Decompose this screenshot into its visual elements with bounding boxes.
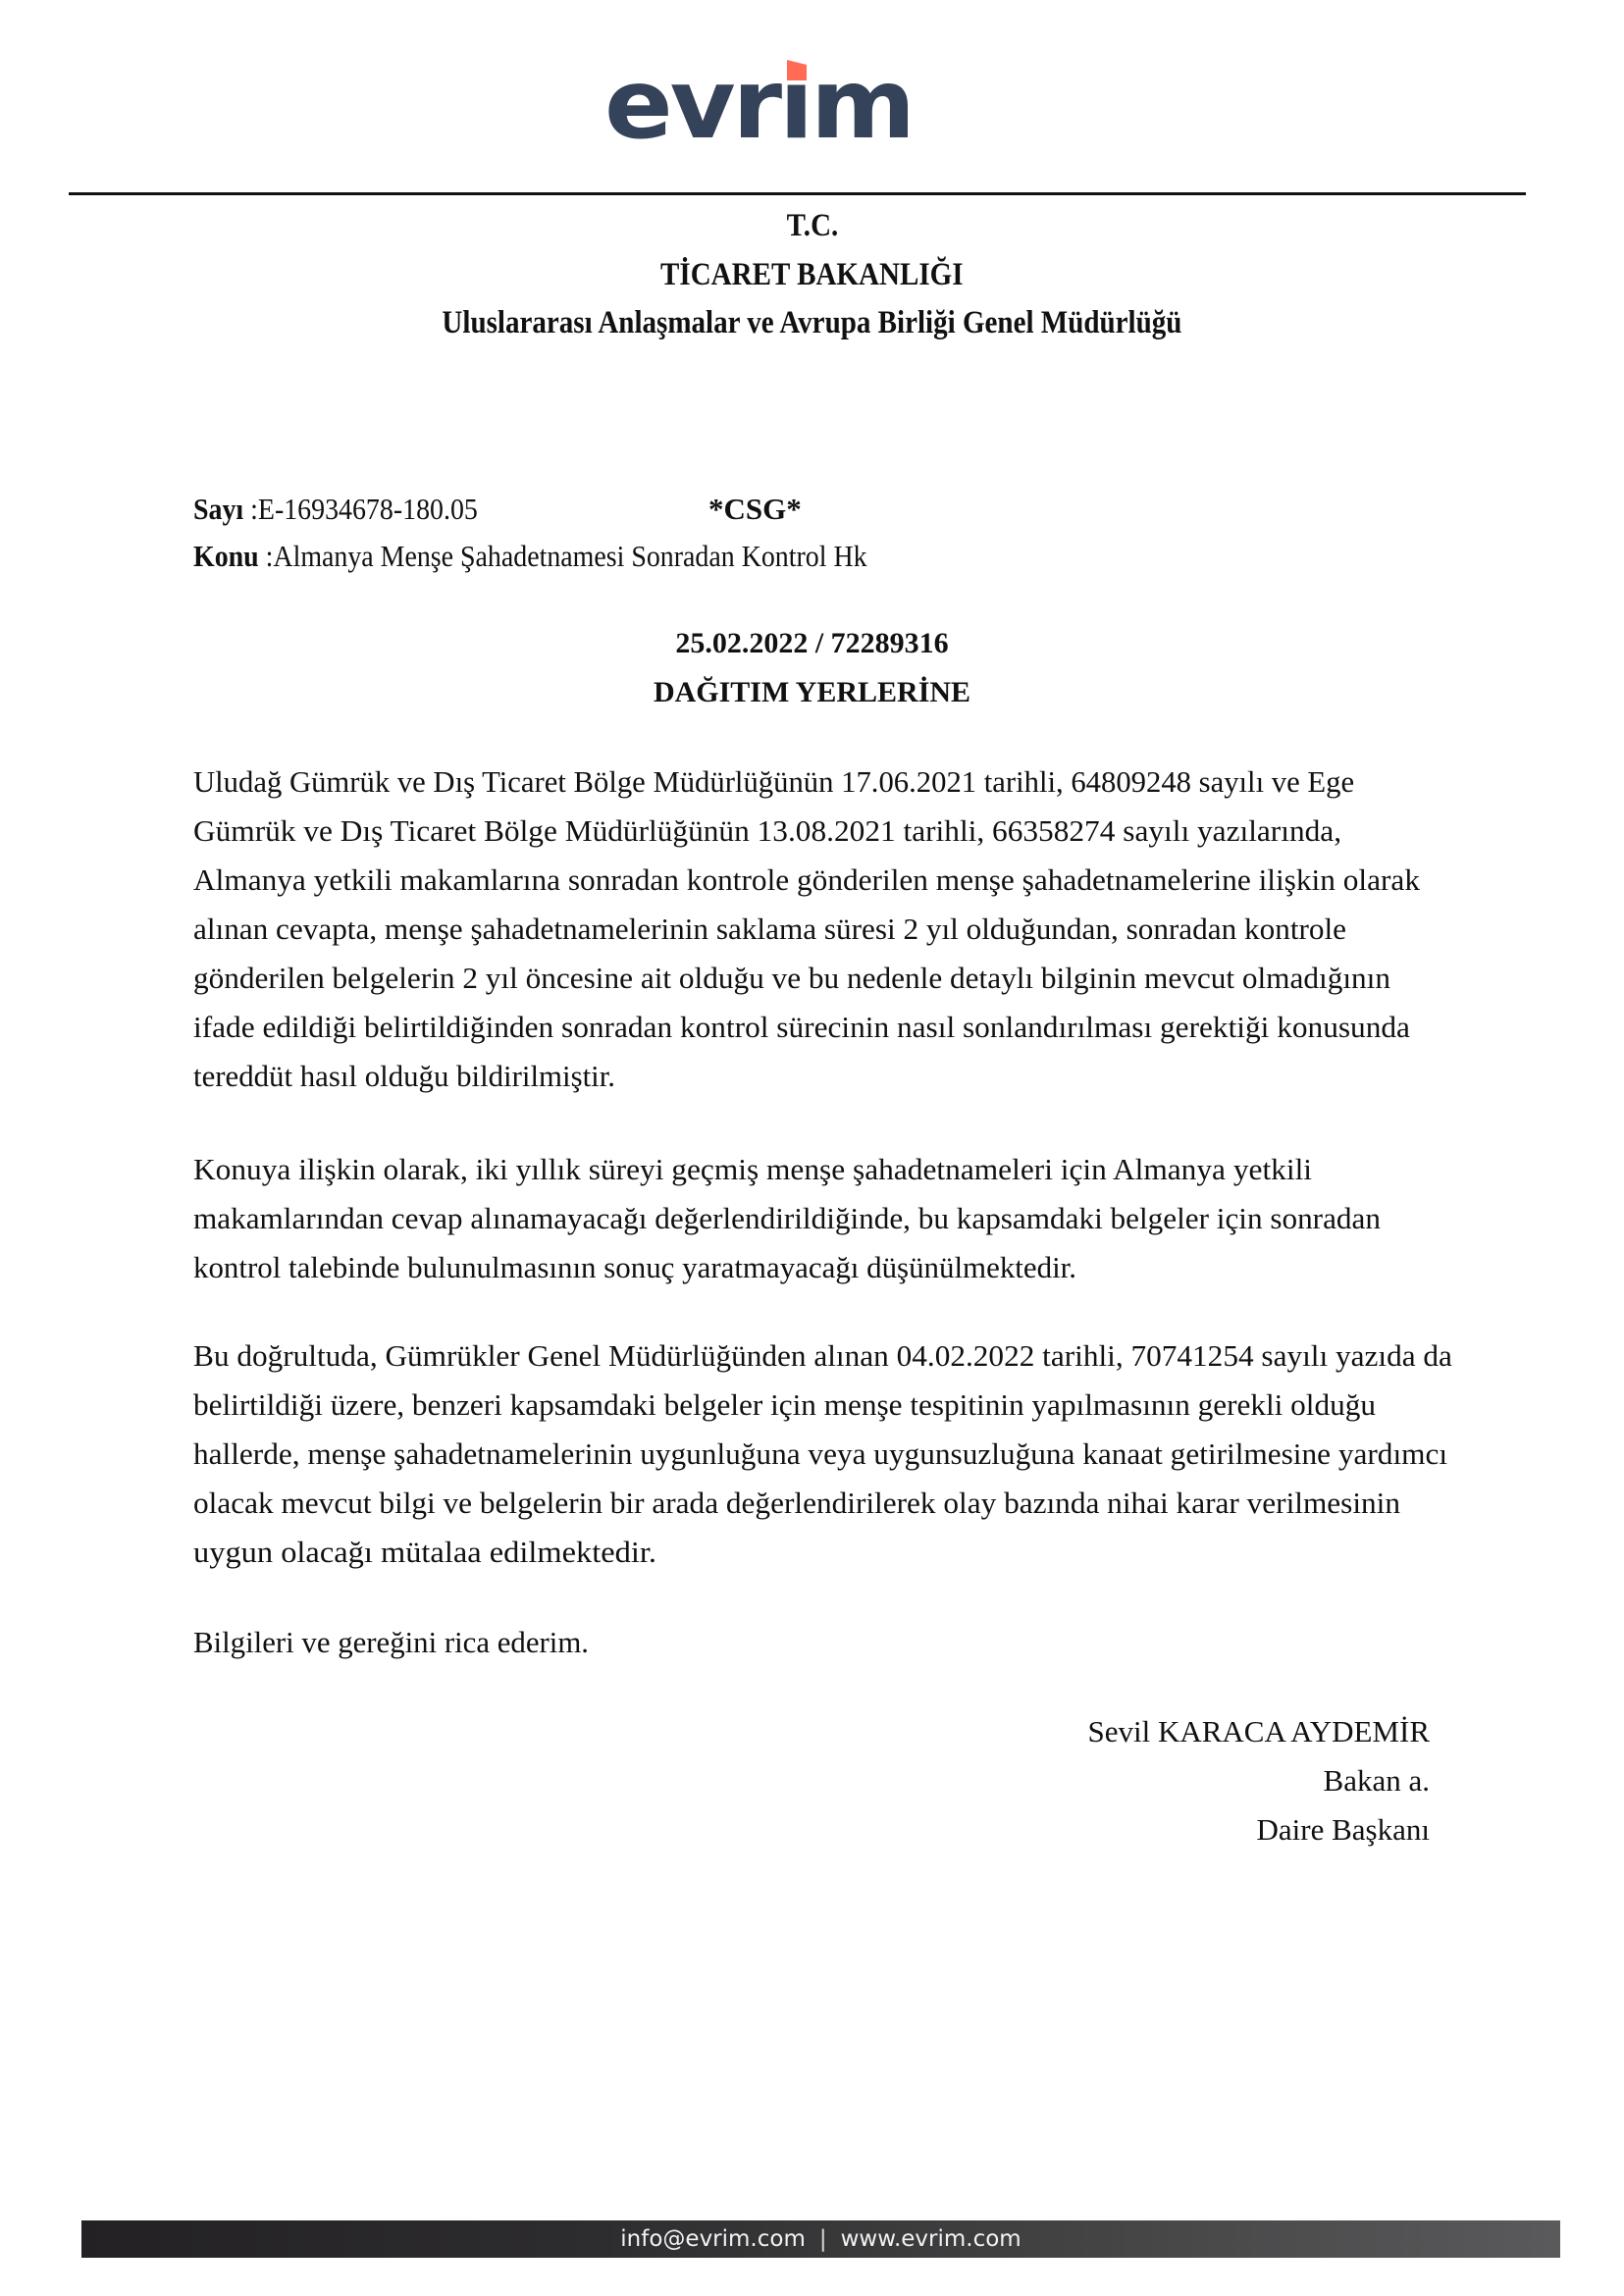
sayi-value: :E-16934678-180.05 bbox=[250, 492, 478, 526]
closing-line: Bilgileri ve gereğini rica ederim. bbox=[193, 1627, 589, 1657]
paragraph-line: belirtildiği üzere, benzeri kapsamdaki b… bbox=[193, 1389, 1376, 1420]
konu-label: Konu bbox=[193, 539, 259, 573]
subject-line: Konu :Almanya Menşe Şahadetnamesi Sonrad… bbox=[193, 541, 867, 571]
document-page: evrim T.C. TİCARET BAKANLIĞI Uluslararas… bbox=[0, 0, 1624, 2296]
signatory-name: Sevil KARACA AYDEMİR bbox=[1087, 1716, 1430, 1747]
footer-contact: info@evrim.com|www.evrim.com bbox=[81, 2220, 1560, 2258]
paragraph-line: makamlarından cevap alınamayacağı değerl… bbox=[193, 1203, 1381, 1233]
paragraph-line: alınan cevapta, menşe şahadetnamelerinin… bbox=[193, 913, 1346, 944]
paragraph-line: Almanya yetkili makamlarına sonradan kon… bbox=[193, 864, 1420, 895]
addressee: DAĞITIM YERLERİNE bbox=[0, 678, 1624, 707]
paragraph-line: Bu doğrultuda, Gümrükler Genel Müdürlüğü… bbox=[193, 1340, 1452, 1371]
paragraph-line: Uludağ Gümrük ve Dış Ticaret Bölge Müdür… bbox=[193, 766, 1354, 797]
header-divider bbox=[69, 192, 1526, 195]
sayi-label: Sayı bbox=[193, 492, 243, 526]
signatory-title: Daire Başkanı bbox=[1257, 1814, 1430, 1845]
letterhead-tc: T.C. bbox=[0, 210, 1624, 242]
paragraph-line: hallerde, menşe şahadetnamelerinin uygun… bbox=[193, 1438, 1447, 1469]
signatory-on-behalf: Bakan a. bbox=[1324, 1765, 1430, 1796]
reference-number: Sayı :E-16934678-180.05 bbox=[193, 494, 478, 524]
letterhead-directorate: Uluslararası Anlaşmalar ve Avrupa Birliğ… bbox=[0, 307, 1624, 339]
footer-website-link[interactable]: www.evrim.com bbox=[841, 2226, 1022, 2252]
paragraph-line: olacak mevcut bilgi ve belgelerin bir ar… bbox=[193, 1487, 1400, 1518]
paragraph-line: ifade edildiği belirtildiğinden sonradan… bbox=[193, 1012, 1410, 1042]
paragraph-line: tereddüt hasıl olduğu bildirilmiştir. bbox=[193, 1061, 615, 1091]
paragraph-line: Konuya ilişkin olarak, iki yıllık süreyi… bbox=[193, 1154, 1312, 1184]
svg-text:evrim: evrim bbox=[604, 51, 913, 149]
footer-separator: | bbox=[819, 2220, 827, 2258]
footer-bar: info@evrim.com|www.evrim.com bbox=[81, 2220, 1560, 2258]
letterhead-ministry: TİCARET BAKANLIĞI bbox=[0, 259, 1624, 291]
paragraph-line: uygun olacağı mütalaa edilmektedir. bbox=[193, 1537, 656, 1567]
footer-email-link[interactable]: info@evrim.com bbox=[620, 2226, 806, 2252]
konu-value: :Almanya Menşe Şahadetnamesi Sonradan Ko… bbox=[266, 539, 867, 573]
paragraph-line: gönderilen belgelerin 2 yıl öncesine ait… bbox=[193, 963, 1390, 993]
classification-mark: *CSG* bbox=[708, 494, 802, 524]
paragraph-line: kontrol talebinde bulunulmasının sonuç y… bbox=[193, 1252, 1076, 1282]
date-reference: 25.02.2022 / 72289316 bbox=[0, 629, 1624, 658]
evrim-logo: evrim bbox=[601, 51, 924, 149]
paragraph-line: Gümrük ve Dış Ticaret Bölge Müdürlüğünün… bbox=[193, 815, 1341, 846]
